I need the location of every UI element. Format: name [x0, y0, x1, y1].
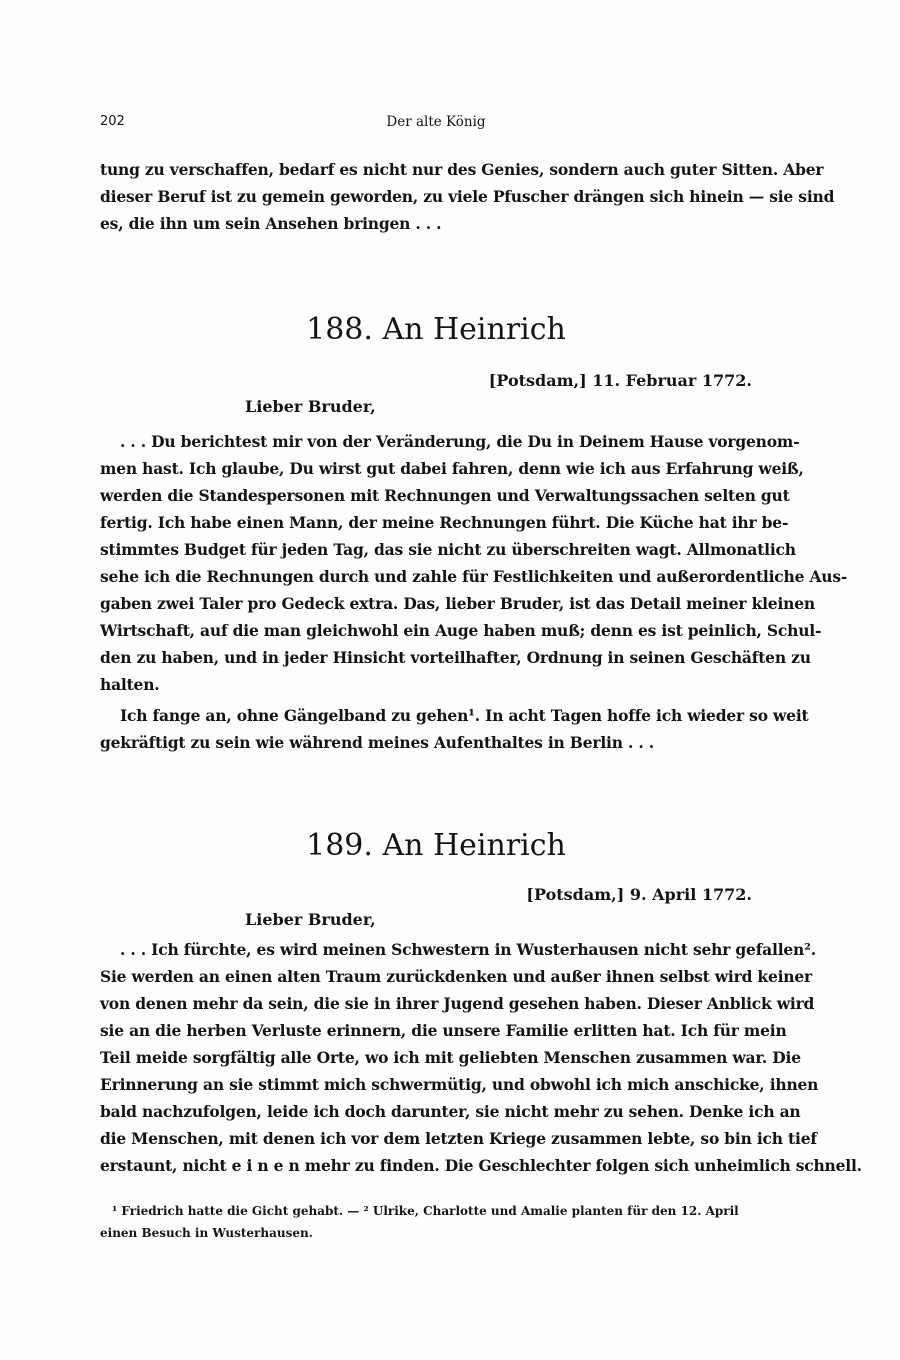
running-title: Der alte König [100, 114, 772, 130]
text-line: es, die ihn um sein Ansehen bringen . . … [100, 210, 772, 237]
text-line: tung zu verschaffen, bedarf es nicht nur… [100, 156, 772, 183]
text-line: sehe ich die Rechnungen durch und zahle … [100, 563, 772, 590]
footnote-line: einen Besuch in Wusterhausen. [100, 1222, 772, 1244]
letter-dateline: [Potsdam,] 11. Februar 1772. [489, 371, 752, 390]
letter-paragraph: Ich fange an, ohne Gängelband zu gehen¹.… [100, 702, 772, 756]
text-line: Erinnerung an sie stimmt mich schwermüti… [100, 1071, 772, 1098]
text-line: . . . Du berichtest mir von der Veränder… [100, 428, 772, 455]
text-line: von denen mehr da sein, die sie in ihrer… [100, 990, 772, 1017]
text-line: werden die Standespersonen mit Rechnunge… [100, 482, 772, 509]
letter-paragraph: . . . Du berichtest mir von der Veränder… [100, 428, 772, 698]
text-line: Ich fange an, ohne Gängelband zu gehen¹.… [100, 702, 772, 729]
letter-heading: 188. An Heinrich [100, 312, 772, 347]
text-line: stimmtes Budget für jeden Tag, das sie n… [100, 536, 772, 563]
letter-paragraph: . . . Ich fürchte, es wird meinen Schwes… [100, 936, 772, 1179]
text-line: men hast. Ich glaube, Du wirst gut dabei… [100, 455, 772, 482]
letter-salutation: Lieber Bruder, [245, 910, 376, 929]
text-line: gaben zwei Taler pro Gedeck extra. Das, … [100, 590, 772, 617]
text-line: halten. [100, 671, 772, 698]
footnote-line: ¹ Friedrich hatte die Gicht gehabt. — ² … [100, 1200, 772, 1222]
letter-heading: 189. An Heinrich [100, 828, 772, 863]
text-line: den zu haben, und in jeder Hinsicht vort… [100, 644, 772, 671]
text-line: sie an die herben Verluste erinnern, die… [100, 1017, 772, 1044]
text-line: fertig. Ich habe einen Mann, der meine R… [100, 509, 772, 536]
running-header: 202 Der alte König [100, 114, 772, 134]
continuation-paragraph: tung zu verschaffen, bedarf es nicht nur… [100, 156, 772, 237]
text-line: Wirtschaft, auf die man gleichwohl ein A… [100, 617, 772, 644]
text-line: Teil meide sorgfältig alle Orte, wo ich … [100, 1044, 772, 1071]
letter-dateline: [Potsdam,] 9. April 1772. [526, 885, 752, 904]
text-line: dieser Beruf ist zu gemein geworden, zu … [100, 183, 772, 210]
text-line: . . . Ich fürchte, es wird meinen Schwes… [100, 936, 772, 963]
text-line: erstaunt, nicht e i n e n mehr zu finden… [100, 1152, 772, 1179]
text-line: Sie werden an einen alten Traum zurückde… [100, 963, 772, 990]
text-line: die Menschen, mit denen ich vor dem letz… [100, 1125, 772, 1152]
text-line: bald nachzufolgen, leide ich doch darunt… [100, 1098, 772, 1125]
footnotes: ¹ Friedrich hatte die Gicht gehabt. — ² … [100, 1200, 772, 1244]
text-line: gekräftigt zu sein wie während meines Au… [100, 729, 772, 756]
letter-salutation: Lieber Bruder, [245, 397, 376, 416]
